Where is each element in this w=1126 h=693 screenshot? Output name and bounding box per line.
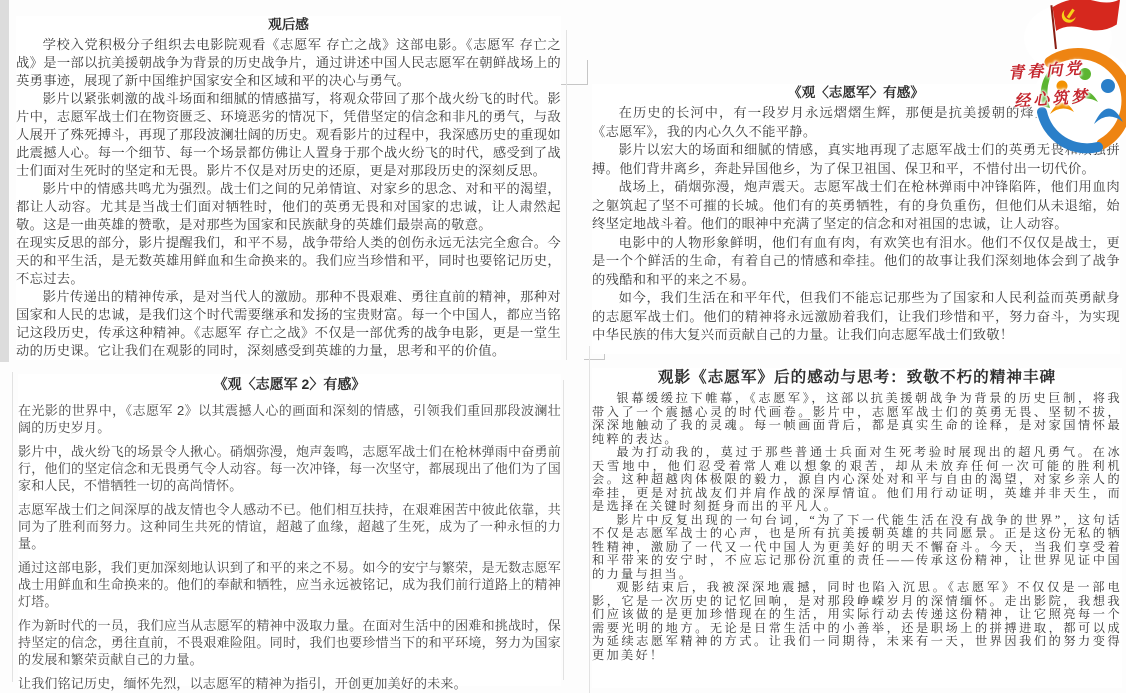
essay-1-title: 观后感 <box>16 16 561 34</box>
paragraph: 银幕缓缓拉下帷幕，《志愿军》，这部以抗美援朝战争为背景的历史巨制，将我带入了一个… <box>592 392 1122 446</box>
essay-3-body: 在光影的世界中，《志愿军 2》以其震撼人心的画面和深刻的情感，引领我们重回那段波… <box>18 402 561 692</box>
paragraph: 电影中的人物形象鲜明，他们有血有肉，有欢笑也有泪水。他们不仅仅是战士，更是一个个… <box>592 234 1120 290</box>
paragraph: 通过这部电影，我们更加深刻地认识到了和平的来之不易。如今的安宁与繁荣，是无数志愿… <box>18 559 561 610</box>
paragraph: 影片以紧张刺激的战斗场面和细腻的情感描写，将观众带回了那个战火纷飞的时代。影片中… <box>16 90 561 180</box>
paragraph: 战场上，硝烟弥漫，炮声震天。志愿军战士们在枪林弹雨中冲锋陷阵，他们用血肉之躯筑起… <box>592 178 1120 234</box>
page-edge-line <box>589 346 590 693</box>
page-edge-line <box>566 30 567 360</box>
paragraph: 影片中的情感共鸣尤为强烈。战士们之间的兄弟情谊、对家乡的思念、对和平的渴望，都让… <box>16 180 561 234</box>
essay-3-title: 《观〈志愿军 2〉有感》 <box>18 374 561 394</box>
paragraph: 在光影的世界中，《志愿军 2》以其震撼人心的画面和深刻的情感，引领我们重回那段波… <box>18 402 561 436</box>
paragraph: 学校入党积极分子组织去电影院观看《志愿军 存亡之战》这部电影。《志愿军 存亡之战… <box>16 36 561 90</box>
paragraph: 影片中反复出现的一句台词，“为了下一代能生活在没有战争的世界”，这句话不仅是志愿… <box>592 514 1122 582</box>
essay-4-body: 银幕缓缓拉下帷幕，《志愿军》，这部以抗美援朝战争为背景的历史巨制，将我带入了一个… <box>592 392 1122 662</box>
paragraph: 观影结束后，我被深深地震撼，同时也陷入沉思。《志愿军》不仅仅是一部电影，它是一次… <box>592 581 1122 662</box>
paragraph: 影片传递出的精神传承，是对当代人的激励。那种不畏艰难、勇往直前的精神，那种对国家… <box>16 288 561 360</box>
essay-review-1: 观后感 学校入党积极分子组织去电影院观看《志愿军 存亡之战》这部电影。《志愿军 … <box>16 16 561 360</box>
paragraph: 志愿军战士们之间深厚的战友情也令人感动不已。他们相互扶持，在艰难困苦中彼此依靠，… <box>18 501 561 552</box>
scanned-essays-collage: 观后感 学校入党积极分子组织去电影院观看《志愿军 存亡之战》这部电影。《志愿军 … <box>0 0 1126 693</box>
essay-4-title: 观影《志愿军》后的感动与思考：致敬不朽的精神丰碑 <box>592 368 1122 388</box>
paragraph: 最为打动我的，莫过于那些普通士兵面对生死考验时展现出的超凡勇气。在冰天雪地中，他… <box>592 446 1122 514</box>
page-edge-line <box>12 372 13 682</box>
scan-edge-strip <box>0 0 9 362</box>
youth-party-logo: 青春向党 经心筑梦 <box>1006 0 1126 158</box>
paragraph: 如今，我们生活在和平年代，但我们不能忘记那些为了国家和人民利益而英勇献身的志愿军… <box>592 289 1120 345</box>
page-edge-line <box>563 380 564 680</box>
essay-review-3: 《观〈志愿军 2〉有感》 在光影的世界中，《志愿军 2》以其震撼人心的画面和深刻… <box>18 374 561 686</box>
essay-review-4: 观影《志愿军》后的感动与思考：致敬不朽的精神丰碑 银幕缓缓拉下帷幕，《志愿军》，… <box>592 368 1122 688</box>
paragraph: 影片中，战火纷飞的场景令人揪心。硝烟弥漫，炮声轰鸣，志愿军战士们在枪林弹雨中奋勇… <box>18 443 561 494</box>
paragraph: 在现实反思的部分，影片提醒我们，和平不易，战争带给人类的创伤永远无法完全愈合。今… <box>16 234 561 288</box>
paragraph: 让我们铭记历史，缅怀先烈，以志愿军的精神为指引，开创更加美好的未来。 <box>18 675 561 692</box>
paragraph: 作为新时代的一员，我们应当从志愿军的精神中汲取力量。在面对生活中的困难和挑战时，… <box>18 617 561 668</box>
essay-1-body: 学校入党积极分子组织去电影院观看《志愿军 存亡之战》这部电影。《志愿军 存亡之战… <box>16 36 561 360</box>
